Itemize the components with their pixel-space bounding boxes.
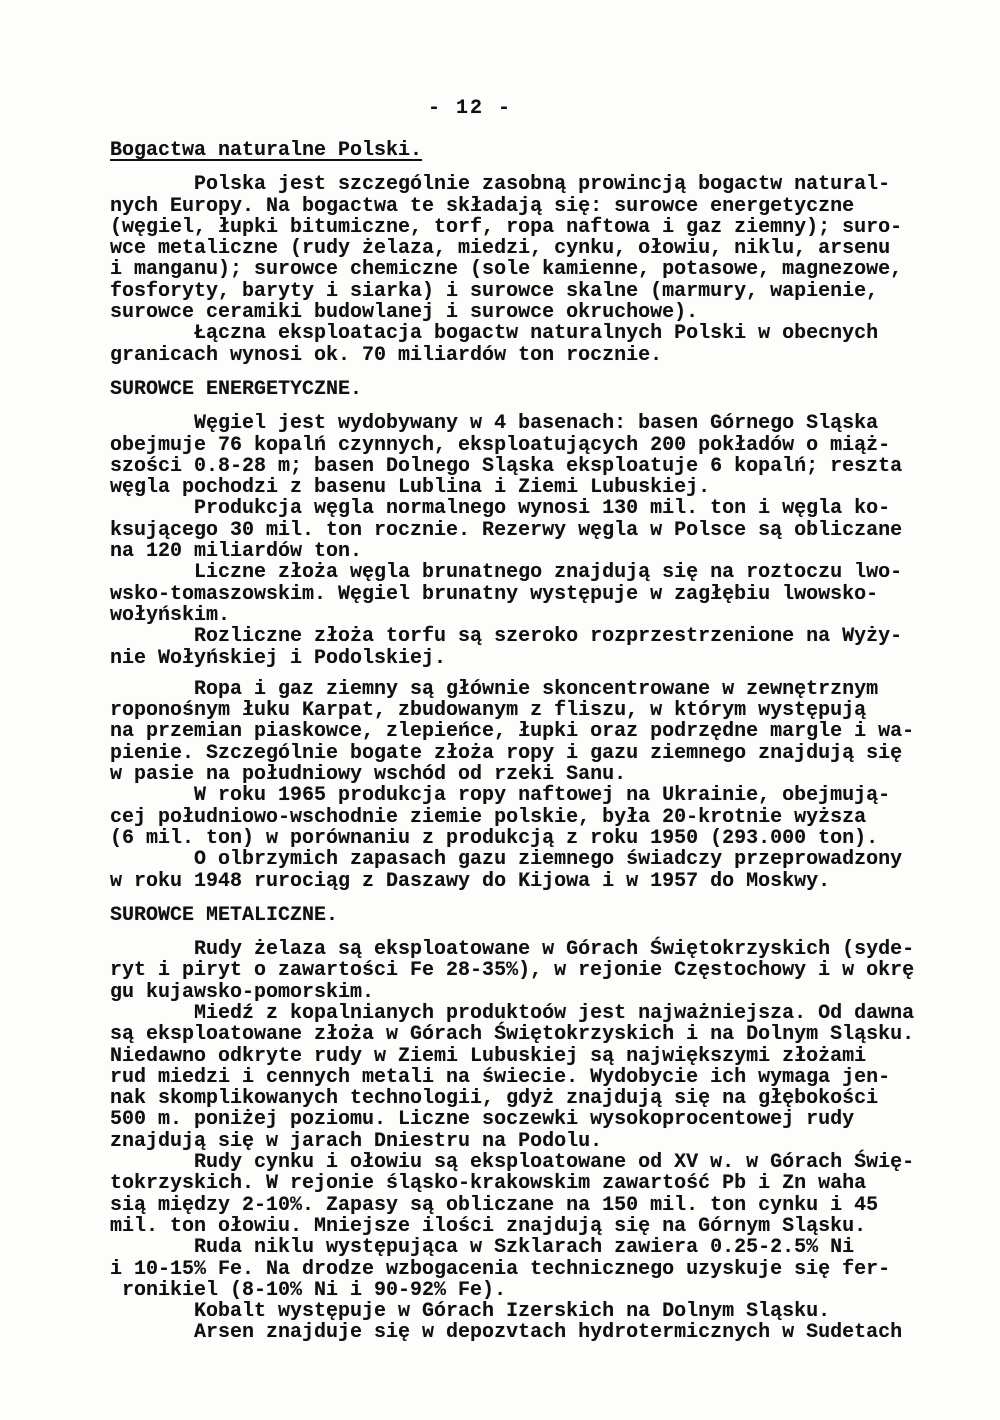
paragraph-peat: Rozliczne złoża torfu są szeroko rozprze… bbox=[110, 626, 940, 669]
paragraph-iron-ores: Rudy żelaza są eksploatowane w Górach Św… bbox=[110, 939, 940, 1003]
paragraph-nickel: Ruda niklu występująca w Szklarach zawie… bbox=[110, 1237, 940, 1301]
document-title: Bogactwa naturalne Polski. bbox=[110, 140, 940, 161]
paragraph-gas-pipelines: O olbrzymich zapasach gazu ziemnego świa… bbox=[110, 849, 940, 892]
paragraph-coal-production: Produkcja węgla normalnego wynosi 130 mi… bbox=[110, 498, 940, 562]
paragraph-zinc-lead: Rudy cynku i ołowiu są eksploatowane od … bbox=[110, 1152, 940, 1237]
paragraph-oil-1965: W roku 1965 produkcja ropy naftowej na U… bbox=[110, 785, 940, 849]
document-page: - 12 - Bogactwa naturalne Polski. Polska… bbox=[0, 0, 1000, 1420]
paragraph-cobalt-arsenic: Kobalt występuje w Górach Izerskich na D… bbox=[110, 1301, 940, 1344]
paragraph-total-exploitation: Łączna eksploatacja bogactw naturalnych … bbox=[110, 323, 940, 366]
paragraph-copper: Miedź z kopalnianych produktoów jest naj… bbox=[110, 1003, 940, 1152]
paragraph-coal-basins: Węgiel jest wydobywany w 4 basenach: bas… bbox=[110, 413, 940, 498]
page-number: - 12 - bbox=[0, 97, 940, 120]
paragraph-brown-coal: Liczne złoża węgla brunatnego znajdują s… bbox=[110, 562, 940, 626]
section-heading-metaliczne: SUROWCE METALICZNE. bbox=[110, 905, 940, 926]
paragraph-intro: Polska jest szczególnie zasobną prowincj… bbox=[110, 174, 940, 323]
section-heading-energetyczne: SUROWCE ENERGETYCZNE. bbox=[110, 379, 940, 400]
paragraph-oil-gas: Ropa i gaz ziemny są głównie skoncentrow… bbox=[110, 679, 940, 785]
document-body: Bogactwa naturalne Polski. Polska jest s… bbox=[110, 140, 940, 1344]
